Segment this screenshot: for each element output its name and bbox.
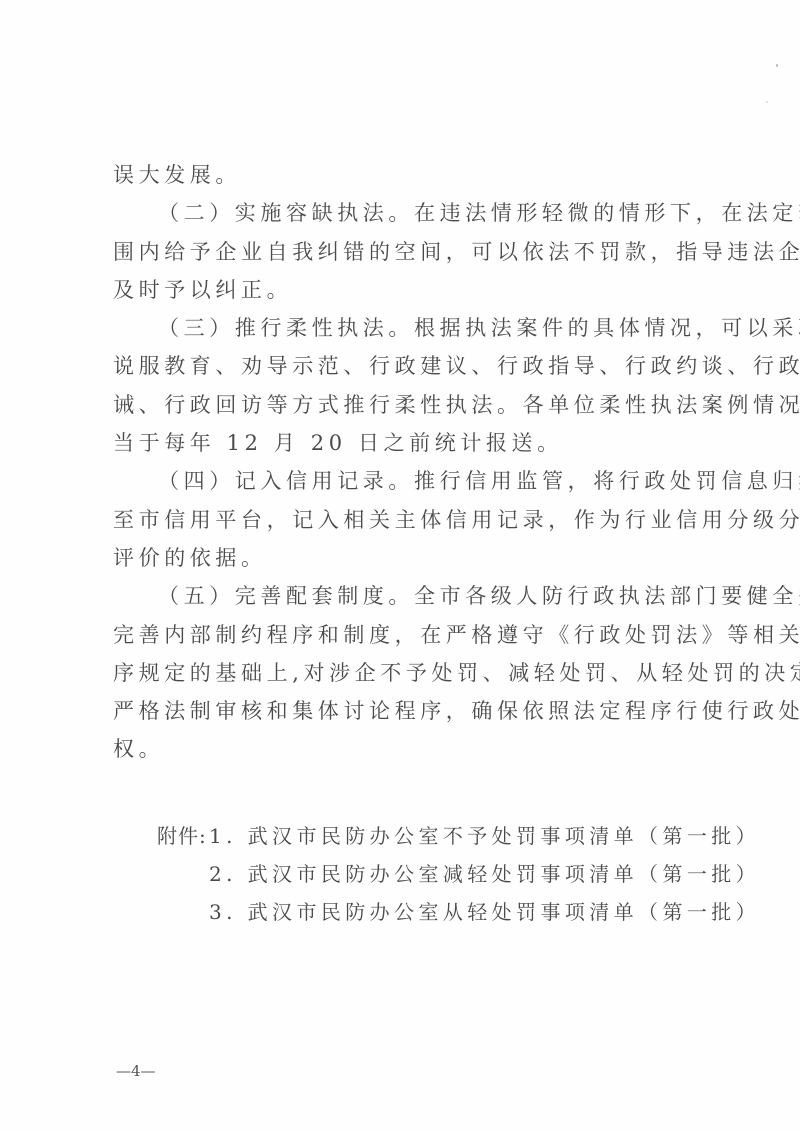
- attachment-item: 附件:2. 武汉市民防办公室减轻处罚事项清单（第一批）: [157, 855, 760, 893]
- text-line: 及时予以纠正。: [113, 271, 693, 309]
- attachment-item: 附件:3. 武汉市民防办公室从轻处罚事项清单（第一批）: [157, 893, 760, 931]
- page-number: —4—: [116, 1062, 156, 1080]
- paragraph-section-4: （四）记入信用记录。推行信用监管，将行政处罚信息归集 至市信用平台，记入相关主体…: [113, 462, 693, 577]
- text-line: 诫、行政回访等方式推行柔性执法。各单位柔性执法案例情况应: [113, 386, 693, 424]
- scan-speck: [776, 64, 778, 67]
- attachment-title: 2. 武汉市民防办公室减轻处罚事项清单（第一批）: [209, 862, 760, 886]
- paragraph-section-5: （五）完善配套制度。全市各级人防行政执法部门要健全并 完善内部制约程序和制度，在…: [113, 577, 693, 768]
- attachment-item: 附件:1. 武汉市民防办公室不予处罚事项清单（第一批）: [157, 817, 760, 855]
- scan-speck: [766, 101, 768, 103]
- text-line: （五）完善配套制度。全市各级人防行政执法部门要健全并: [113, 577, 693, 615]
- paragraph-continuation: 误大发展。: [113, 156, 693, 194]
- attachment-title: 3. 武汉市民防办公室从轻处罚事项清单（第一批）: [209, 900, 760, 924]
- attachments-label: 附件:: [157, 817, 209, 855]
- paragraph-section-2: （二）实施容缺执法。在违法情形轻微的情形下，在法定范 围内给予企业自我纠错的空间…: [113, 194, 693, 309]
- text-line: （二）实施容缺执法。在违法情形轻微的情形下，在法定范: [113, 194, 693, 232]
- paragraph-section-3: （三）推行柔性执法。根据执法案件的具体情况，可以采取 说服教育、劝导示范、行政建…: [113, 309, 693, 462]
- text-line: 完善内部制约程序和制度，在严格遵守《行政处罚法》等相关程: [113, 616, 693, 654]
- attachments-list: 附件:1. 武汉市民防办公室不予处罚事项清单（第一批） 附件:2. 武汉市民防办…: [157, 817, 760, 931]
- body-text: 误大发展。 （二）实施容缺执法。在违法情形轻微的情形下，在法定范 围内给予企业自…: [113, 156, 693, 769]
- text-line: 序规定的基础上,对涉企不予处罚、减轻处罚、从轻处罚的决定，: [113, 654, 693, 692]
- document-page: 误大发展。 （二）实施容缺执法。在违法情形轻微的情形下，在法定范 围内给予企业自…: [0, 0, 800, 1131]
- text-line: （四）记入信用记录。推行信用监管，将行政处罚信息归集: [113, 462, 693, 500]
- text-line: 严格法制审核和集体讨论程序，确保依照法定程序行使行政处罚: [113, 692, 693, 730]
- text-line: 说服教育、劝导示范、行政建议、行政指导、行政约谈、行政告: [113, 347, 693, 385]
- attachment-title: 1. 武汉市民防办公室不予处罚事项清单（第一批）: [209, 824, 760, 848]
- text-line: （三）推行柔性执法。根据执法案件的具体情况，可以采取: [113, 309, 693, 347]
- text-line: 至市信用平台，记入相关主体信用记录，作为行业信用分级分类: [113, 501, 693, 539]
- text-line: 权。: [113, 730, 693, 768]
- text-line: 围内给予企业自我纠错的空间，可以依法不罚款，指导违法企业: [113, 233, 693, 271]
- text-line: 评价的依据。: [113, 539, 693, 577]
- text-line: 误大发展。: [113, 156, 693, 194]
- text-line: 当于每年 12 月 20 日之前统计报送。: [113, 424, 693, 462]
